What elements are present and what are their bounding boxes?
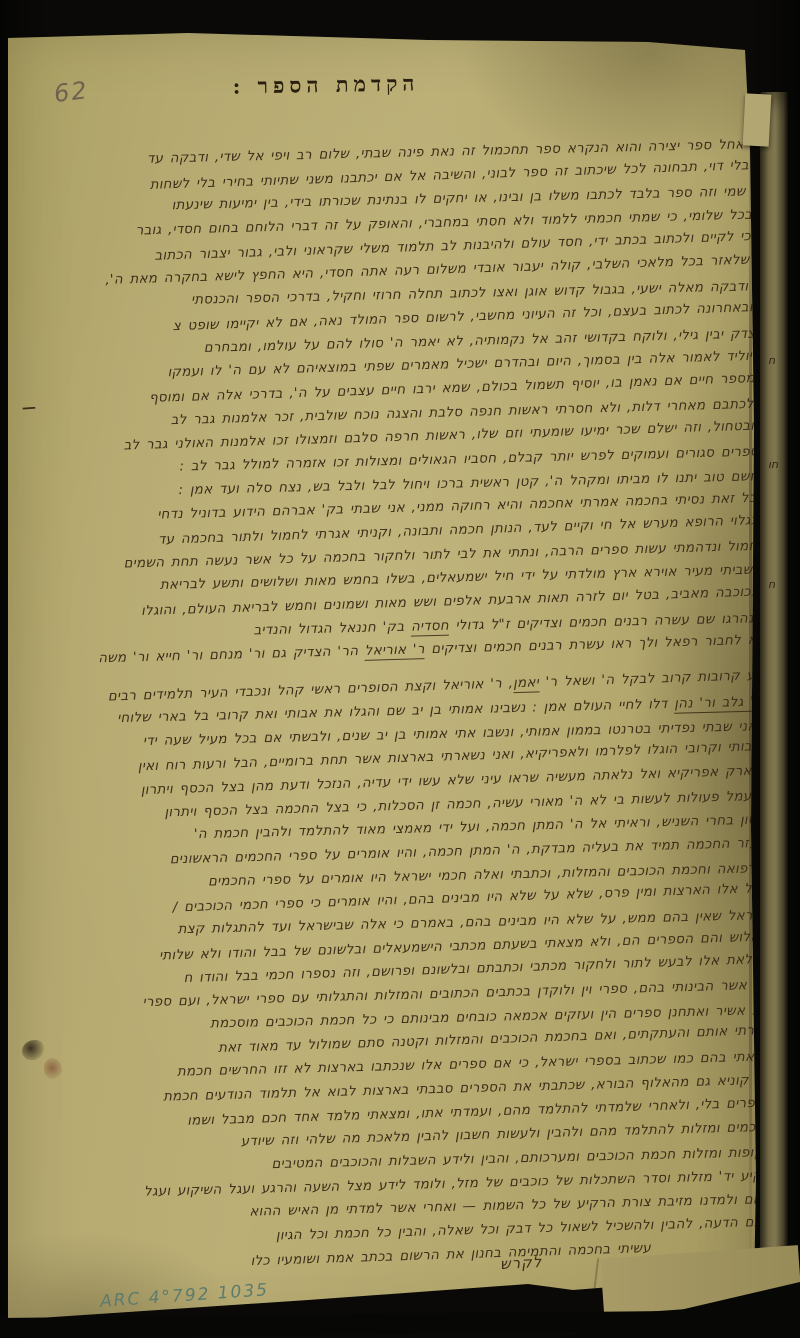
folio-number: 62: [52, 76, 90, 108]
gutter-letter: ח: [768, 354, 775, 367]
shelfmark-label: ARC 4°792 1035: [100, 1280, 270, 1312]
rust-stain: [44, 1058, 62, 1080]
gutter-letter: ח: [768, 578, 775, 591]
line-text-after: בק' חננאל הגדול והנדיב: [253, 619, 411, 638]
underlined-name: ר' אוריאל: [365, 643, 425, 662]
margin-dash: —: [21, 400, 36, 417]
adjacent-page-edge: ח חו ח: [760, 92, 788, 1284]
gutter-letter: חו: [768, 458, 778, 471]
manuscript-text: אחל ספר יצירה והוא הנקרא ספר תחכמול זה נ…: [34, 132, 777, 1278]
line-text: ונהרגו שם עשרה רבנים חכמים וצדיקים ז"ל ג…: [449, 611, 758, 633]
underlined-name: חסדיה: [411, 618, 449, 636]
underlined-name: יאמן: [513, 675, 539, 693]
binding-gutter: ח חו ח: [758, 0, 800, 1338]
underlined-name: ור' גלב ור' נהן: [674, 694, 766, 713]
closing-word: לקרש: [500, 1253, 543, 1273]
paper-crease-right: [749, 88, 752, 1278]
ink-blot: [22, 1040, 44, 1060]
line-text-after: הר' הצדיק גם ור' מנחם ור' חייא ור' משה: [98, 644, 365, 666]
line-text: לע קרובות קרוב לבקל ה' ושאל ר': [539, 668, 764, 690]
manuscript-page: 62 הקדמת הספר : אחל ספר יצירה והוא הנקרא…: [8, 28, 760, 1328]
page-corner-tab: [743, 93, 772, 146]
page-title: הקדמת הספר :: [206, 70, 446, 100]
scan-background: 62 הקדמת הספר : אחל ספר יצירה והוא הנקרא…: [0, 0, 800, 1338]
